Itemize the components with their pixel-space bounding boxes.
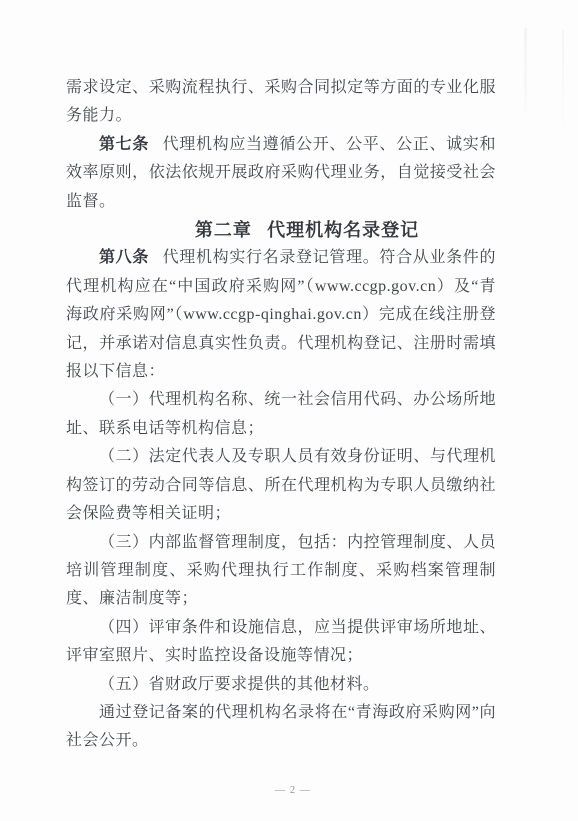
continuation-paragraph: 需求设定、采购流程执行、采购合同拟定等方面的专业化服务能力。 [66, 74, 496, 131]
page-number: — 2 — [0, 785, 578, 796]
article-7-paragraph: 第七条代理机构应当遵循公开、公平、公正、诚实和效率原则，依法依规开展政府采购代理… [66, 131, 496, 216]
list-item-5: （五）省财政厅要求提供的其他材料。 [66, 671, 496, 699]
scan-artifact [524, 28, 527, 113]
chapter-2-title: 代理机构名录登记 [267, 220, 419, 240]
chapter-2-heading: 第二章代理机构名录登记 [92, 216, 522, 244]
chapter-2-label: 第二章 [195, 220, 252, 240]
article-8-text: 代理机构实行名录登记管理。符合从业条件的代理机构应在“中国政府采购网”（www.… [66, 249, 496, 380]
closing-paragraph: 通过登记备案的代理机构名录将在“青海政府采购网”向社会公开。 [66, 699, 496, 756]
list-item-2: （二）法定代表人及专职人员有效身份证明、与代理机构签订的劳动合同等信息、所在代理… [66, 443, 496, 528]
article-8-label: 第八条 [99, 249, 149, 266]
document-body: 需求设定、采购流程执行、采购合同拟定等方面的专业化服务能力。 第七条代理机构应当… [66, 74, 496, 756]
list-item-3: （三）内部监督管理制度，包括：内控管理制度、人员培训管理制度、采购代理执行工作制… [66, 529, 496, 614]
document-page: 需求设定、采购流程执行、采购合同拟定等方面的专业化服务能力。 第七条代理机构应当… [0, 0, 578, 821]
scan-artifact [562, 30, 564, 125]
list-item-1: （一）代理机构名称、统一社会信用代码、办公场所地址、联系电话等机构信息； [66, 386, 496, 443]
article-7-label: 第七条 [99, 136, 149, 153]
article-8-paragraph: 第八条代理机构实行名录登记管理。符合从业条件的代理机构应在“中国政府采购网”（w… [66, 244, 496, 386]
list-item-4: （四）评审条件和设施信息，应当提供评审场所地址、评审室照片、实时监控设备设施等情… [66, 614, 496, 671]
